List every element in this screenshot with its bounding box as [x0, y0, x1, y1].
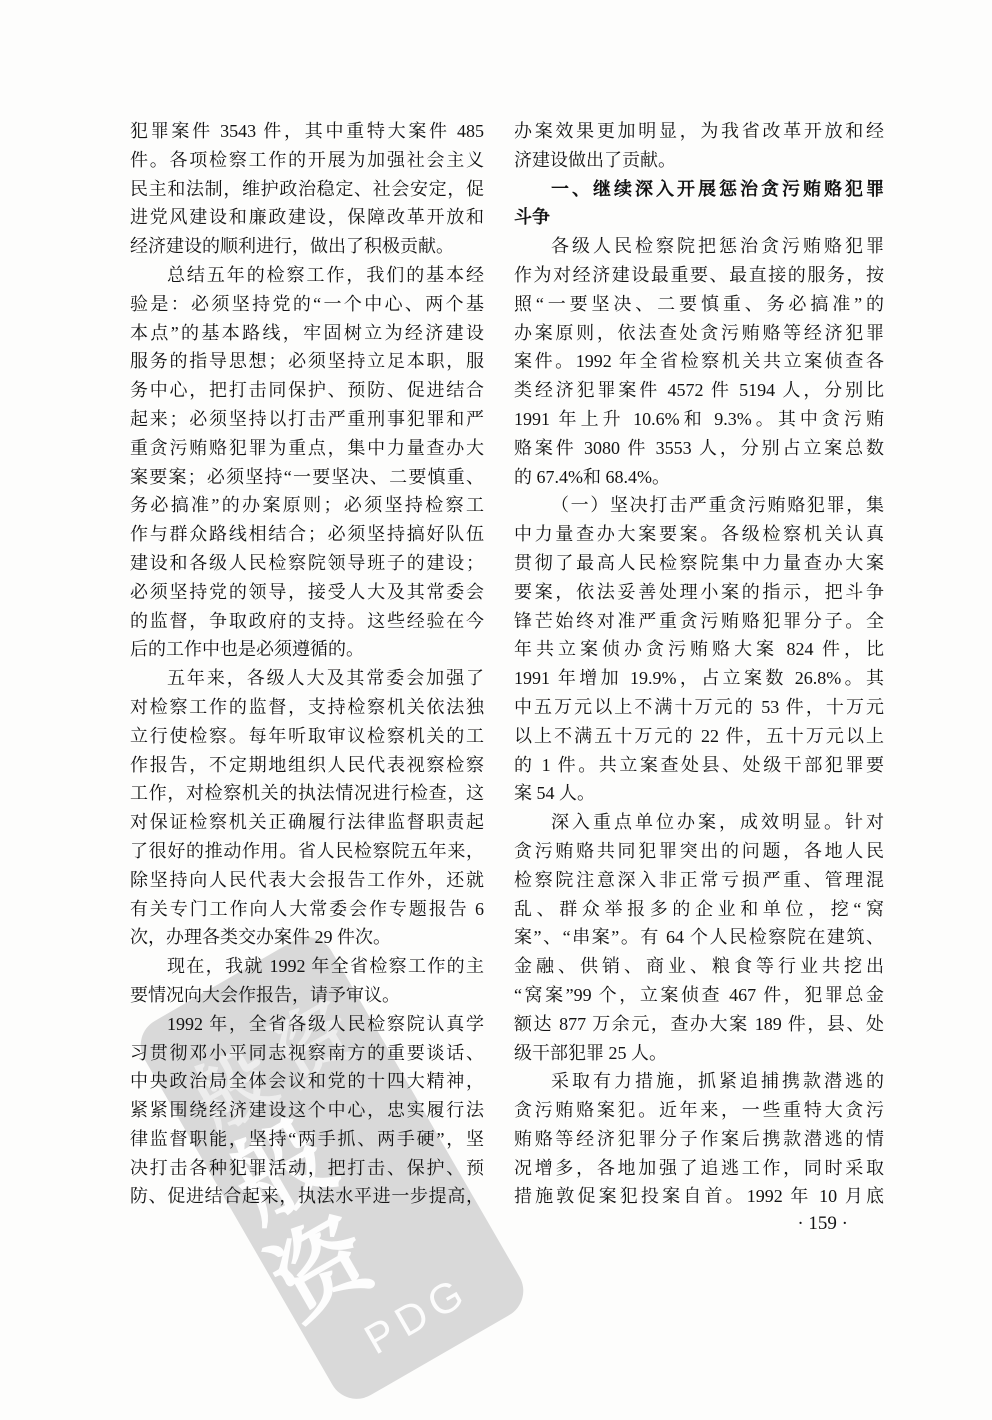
text-line: 务必搞准”的办案原则；必须坚持检察工 — [130, 491, 484, 520]
text-line: 律监督职能，坚持“两手抓、两手硬”，坚 — [130, 1125, 484, 1154]
text-line: 办案效果更加明显，为我省改革开放和经 — [514, 117, 884, 146]
text-line: 1992 年，全省各级人民检察院认真学 — [130, 1010, 484, 1039]
text-line: 本点”的基本路线，牢固树立为经济建设 — [130, 319, 484, 348]
text-line: 案”、“串案”。有 64 个人民检察院在建筑、 — [514, 923, 884, 952]
text-line: 进党风建设和廉政建设，保障改革开放和 — [130, 203, 484, 232]
text-line: 犯罪案件 3543 件，其中重特大案件 485 — [130, 117, 484, 146]
text-line: 必须坚持党的领导，接受人大及其常委会 — [130, 578, 484, 607]
text-line: 济建设做出了贡献。 — [514, 146, 884, 175]
text-line: 重贪污贿赂犯罪为重点，集中力量查办大 — [130, 434, 484, 463]
text-line: “窝案”99 个，立案侦查 467 件，犯罪总金 — [514, 981, 884, 1010]
text-line: 的 67.4%和 68.4%。 — [514, 463, 884, 492]
text-line: 案要案；必须坚持“一要坚决、二要慎重、 — [130, 463, 484, 492]
text-line: 现在，我就 1992 年全省检察工作的主 — [130, 952, 484, 981]
text-line: 年共立案侦办贪污贿赂大案 824 件，比 — [514, 635, 884, 664]
text-line: 贿赂等经济犯罪分子作案后携款潜逃的情 — [514, 1125, 884, 1154]
text-line: 要案，依法妥善处理小案的指示，把斗争 — [514, 578, 884, 607]
text-line: （一）坚决打击严重贪污贿赂犯罪，集 — [514, 491, 884, 520]
text-line: 民主和法制，维护政治稳定、社会安定，促 — [130, 175, 484, 204]
text-line: 案件。1992 年全省检察机关共立案侦查各 — [514, 347, 884, 376]
left-text-column: 犯罪案件 3543 件，其中重特大案件 485件。各项检察工作的开展为加强社会主… — [130, 117, 484, 1211]
text-line: 照“一要坚决、二要慎重、务必搞准”的 — [514, 290, 884, 319]
text-line: 作与群众路线相结合；必须坚持搞好队伍 — [130, 520, 484, 549]
text-line: 作为对经济建设最重要、最直接的服务，按 — [514, 261, 884, 290]
text-line: 验是：必须坚持党的“一个中心、两个基 — [130, 290, 484, 319]
text-line: 的监督，争取政府的支持。这些经验在今 — [130, 607, 484, 636]
text-line: 办案原则，依法查处贪污贿赂等经济犯罪 — [514, 319, 884, 348]
text-line: 乱、群众举报多的企业和单位，挖“窝 — [514, 895, 884, 924]
text-line: 额达 877 万余元，查办大案 189 件，县、处 — [514, 1010, 884, 1039]
text-line: 作报告，不定期地组织人民代表视察检察 — [130, 751, 484, 780]
text-line: 1991 年增加 19.9%，占立案数 26.8%。其 — [514, 664, 884, 693]
text-line: 锋芒始终对准严重贪污贿赂犯罪分子。全 — [514, 607, 884, 636]
text-line: 况增多，各地加强了追逃工作，同时采取 — [514, 1154, 884, 1183]
scanned-document-page: 般资 般资 PDG 犯罪案件 3543 件，其中重特大案件 485件。各项检察工… — [0, 0, 992, 1420]
text-line: 贪污贿赂案犯。近年来，一些重特大贪污 — [514, 1096, 884, 1125]
text-line: 除坚持向人民代表大会报告工作外，还就 — [130, 866, 484, 895]
text-line: 了很好的推动作用。省人民检察院五年来， — [130, 837, 484, 866]
text-line: 要情况向大会作报告，请予审议。 — [130, 981, 484, 1010]
text-line: 斗争 — [514, 203, 884, 232]
text-line: 类经济犯罪案件 4572 件 5194 人，分别比 — [514, 376, 884, 405]
text-line: 件。各项检察工作的开展为加强社会主义 — [130, 146, 484, 175]
text-line: 中央政治局全体会议和党的十四大精神， — [130, 1067, 484, 1096]
text-line: 案 54 人。 — [514, 779, 884, 808]
text-line: 服务的指导思想；必须坚持立足本职，服 — [130, 347, 484, 376]
text-line: 经济建设的顺利进行，做出了积极贡献。 — [130, 232, 484, 261]
text-line: 检察院注意深入非正常亏损严重、管理混 — [514, 866, 884, 895]
text-line: 贪污贿赂共同犯罪突出的问题，各地人民 — [514, 837, 884, 866]
text-line: 务中心，把打击同保护、预防、促进结合 — [130, 376, 484, 405]
text-line: 对保证检察机关正确履行法律监督职责起 — [130, 808, 484, 837]
text-line: 各级人民检察院把惩治贪污贿赂犯罪 — [514, 232, 884, 261]
text-line: 对检察工作的监督，支持检察机关依法独 — [130, 693, 484, 722]
text-line: 决打击各种犯罪活动，把打击、保护、预 — [130, 1154, 484, 1183]
text-line: 防、促进结合起来，执法水平进一步提高， — [130, 1182, 484, 1211]
text-line: 起来；必须坚持以打击严重刑事犯罪和严 — [130, 405, 484, 434]
text-line: 立行使检察。每年听取审议检察机关的工 — [130, 722, 484, 751]
text-line: 五年来，各级人大及其常委会加强了 — [130, 664, 484, 693]
text-line: 紧紧围绕经济建设这个中心，忠实履行法 — [130, 1096, 484, 1125]
text-line: 后的工作中也是必须遵循的。 — [130, 635, 484, 664]
text-line: 金融、供销、商业、粮食等行业共挖出 — [514, 952, 884, 981]
text-line: 措施敦促案犯投案自首。1992 年 10 月底 — [514, 1182, 884, 1211]
text-line: 采取有力措施，抓紧追捕携款潜逃的 — [514, 1067, 884, 1096]
text-line: 1991 年上升 10.6%和 9.3%。其中贪污贿 — [514, 405, 884, 434]
page-number: · 159 · — [514, 1210, 884, 1238]
text-line: 一、继续深入开展惩治贪污贿赂犯罪 — [514, 175, 884, 204]
text-line: 中五万元以上不满十万元的 53 件，十万元 — [514, 693, 884, 722]
right-text-column: 办案效果更加明显，为我省改革开放和经济建设做出了贡献。一、继续深入开展惩治贪污贿… — [514, 117, 884, 1211]
text-line: 深入重点单位办案，成效明显。针对 — [514, 808, 884, 837]
text-line: 工作，对检察机关的执法情况进行检查，这 — [130, 779, 484, 808]
text-line: 建设和各级人民检察院领导班子的建设； — [130, 549, 484, 578]
text-line: 赂案件 3080 件 3553 人，分别占立案总数 — [514, 434, 884, 463]
text-line: 次，办理各类交办案件 29 件次。 — [130, 923, 484, 952]
text-line: 中力量查办大案要案。各级检察机关认真 — [514, 520, 884, 549]
text-line: 的 1 件。共立案查处县、处级干部犯罪要 — [514, 751, 884, 780]
text-line: 级干部犯罪 25 人。 — [514, 1039, 884, 1068]
text-line: 贯彻了最高人民检察院集中力量查办大案 — [514, 549, 884, 578]
text-line: 习贯彻邓小平同志视察南方的重要谈话、 — [130, 1039, 484, 1068]
text-line: 以上不满五十万元的 22 件，五十万元以上 — [514, 722, 884, 751]
text-line: 有关专门工作向人大常委会作专题报告 6 — [130, 895, 484, 924]
text-line: 总结五年的检察工作，我们的基本经 — [130, 261, 484, 290]
